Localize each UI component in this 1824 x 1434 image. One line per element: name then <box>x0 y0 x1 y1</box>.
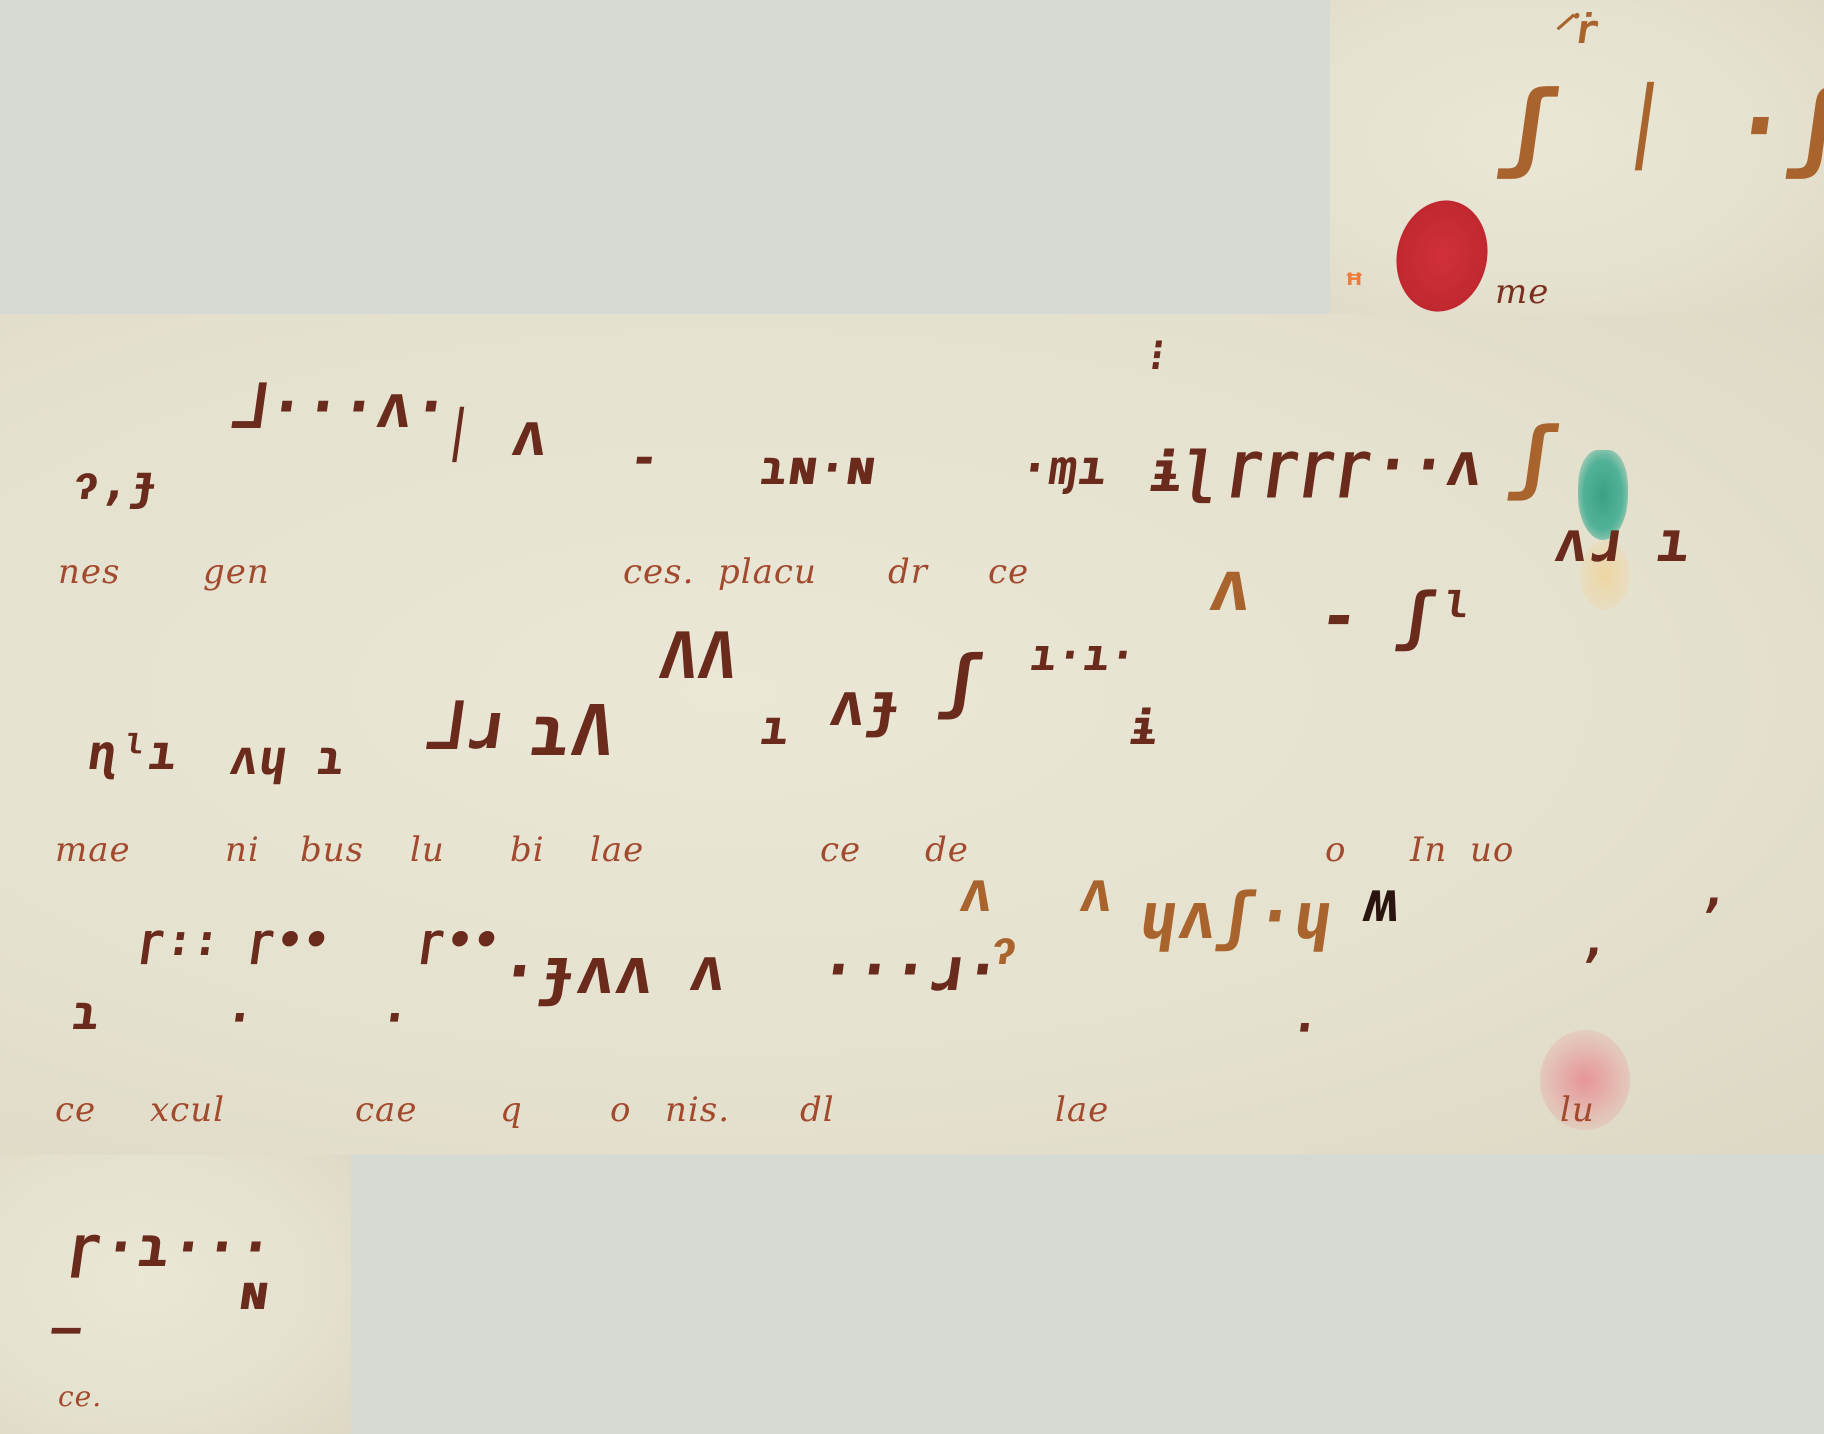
neume-group: ɥʌʃ·ɥ <box>1135 880 1338 954</box>
neume-group: ʌɹ ı <box>1550 510 1694 575</box>
syllable-text: me <box>1495 272 1549 312</box>
neume-group: ɼ•• <box>416 915 503 966</box>
neume-group: ɼɼɼɼ··ʌ <box>1225 430 1488 500</box>
neume-group: ɼ:: <box>136 915 223 966</box>
neume-group: ɿɅ <box>524 690 620 772</box>
neume-group: ɳˡı <box>86 725 181 781</box>
neume-group: ɼ•• <box>246 915 333 966</box>
neume-group: ı·ı· <box>1026 630 1139 681</box>
neume-group: ɿɴ·ɴ <box>756 440 879 496</box>
neume-group: ·ɟʌʌ <box>495 935 660 1009</box>
neume-group: ɂ,ɟ <box>68 455 163 514</box>
neume-group: ʃ ᛁ ·ʃ· ʼ <box>1492 70 1824 182</box>
neume-group: ʌɥ ɿ <box>226 730 349 786</box>
neume-group: ⅃ɹ <box>425 690 510 764</box>
neume-group: ɨɭ <box>1145 440 1222 505</box>
syllable-text: ce. <box>58 1380 102 1413</box>
orange-rubric-mark: ꟸ <box>1345 268 1363 303</box>
neume-group: ·ɱı <box>1016 440 1111 496</box>
neume-group: ʌɟ <box>825 670 907 740</box>
neume-group: ᛁ ʌ <box>435 400 553 470</box>
neume-group: ⅃···ʌ· <box>230 372 454 442</box>
neume-group: ⸍̇ṙ <box>1551 0 1603 55</box>
neume-group: ···ɹ· <box>815 935 1005 1005</box>
neume-group: - ʃˡ <box>1315 580 1480 654</box>
manuscript-fragment-bottom-left <box>0 1155 351 1434</box>
neume-group: ɅɅ <box>655 620 742 694</box>
